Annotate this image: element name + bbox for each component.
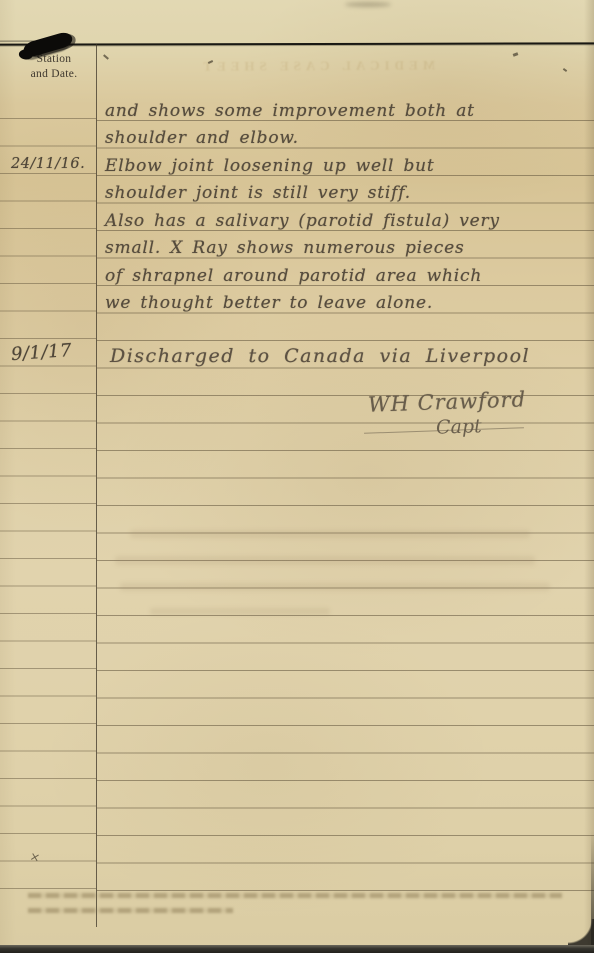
signature-rank: Capt <box>436 415 482 439</box>
entry-line: of shrapnel around parotid area which <box>105 264 482 288</box>
stray-mark <box>103 54 109 59</box>
entry-line: Also has a salivary (parotid fistula) ve… <box>105 209 500 233</box>
smudge-mark <box>345 2 391 7</box>
entry-line: shoulder joint is still very stiff. <box>105 181 411 205</box>
entry-line: small. X Ray shows numerous pieces <box>105 236 465 260</box>
bleedthrough-footnote <box>28 893 562 898</box>
station-label-line2: and Date. <box>12 67 96 82</box>
column-divider-line <box>96 44 97 927</box>
scan-edge-bottom <box>0 945 594 953</box>
entry-line: Discharged to Canada via Liverpool <box>110 342 530 370</box>
bleedthrough-band <box>130 530 530 538</box>
entry-line: shoulder and elbow. <box>105 126 299 150</box>
entry-date: 9/1/17 <box>10 340 72 365</box>
bleedthrough-title: MEDICAL CASE SHEET <box>225 57 435 74</box>
entry-line: and shows some improvement both at <box>105 99 475 123</box>
ruled-lines-date-column <box>0 118 96 890</box>
bleedthrough-band <box>150 608 330 615</box>
stray-mark <box>563 68 567 72</box>
entry-line: we thought better to leave alone. <box>105 291 433 315</box>
bleedthrough-band <box>115 556 535 565</box>
medical-case-sheet-page: Station and Date. MEDICAL CASE SHEET × a… <box>0 0 594 953</box>
bleedthrough-footnote <box>28 908 233 913</box>
entry-line: Elbow joint loosening up well but <box>105 154 435 178</box>
stray-mark <box>513 52 519 57</box>
scan-corner <box>568 919 594 945</box>
bleedthrough-band <box>120 583 550 591</box>
header-rule <box>0 42 594 45</box>
entry-date: 24/11/16. <box>11 156 85 172</box>
